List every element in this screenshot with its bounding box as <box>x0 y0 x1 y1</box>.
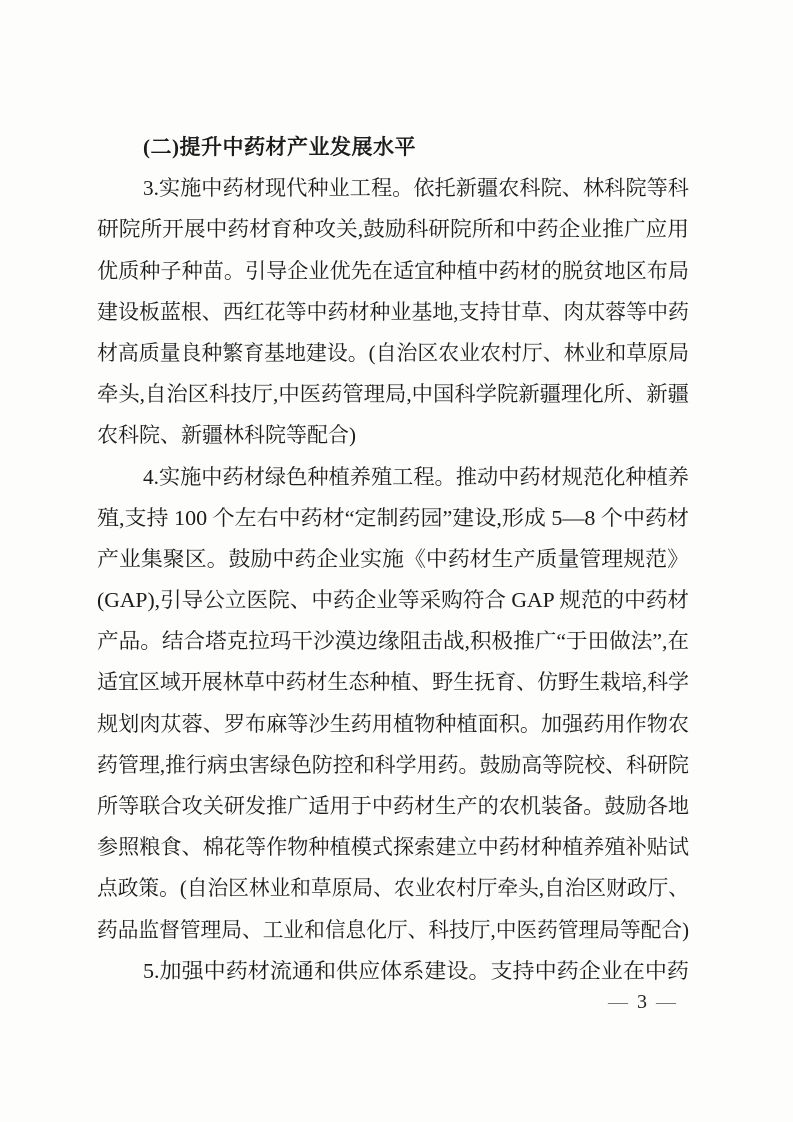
page-footer: —3— <box>599 991 685 1014</box>
body-line-text: (GAP),引导公立医院、中药企业等采购符合 GAP 规范的中药材 <box>97 580 689 621</box>
body-line: 研院所开展中药材育种攻关,鼓励科研院所和中药企业推广应用 <box>97 209 689 250</box>
document-page: (二)提升中药材产业发展水平 3.实施中药材现代种业工程。依托新疆农科院、林科院… <box>0 0 793 1122</box>
body-line-text: 4.实施中药材绿色种植养殖工程。推动中药材规范化种植养 <box>143 457 689 498</box>
body-line-text: 殖,支持 100 个左右中药材“定制药园”建设,形成 5—8 个中药材 <box>97 498 689 539</box>
item-3-modern-seed-project: 3.实施中药材现代种业工程。依托新疆农科院、林科院等科研院所开展中药材育种攻关,… <box>97 168 689 456</box>
body-line-text: 牵头,自治区科技厅,中医药管理局,中国科学院新疆理化所、新疆 <box>97 374 689 415</box>
body-line: 3.实施中药材现代种业工程。依托新疆农科院、林科院等科 <box>97 168 689 209</box>
footer-dash-left: — <box>608 991 628 1013</box>
body-line-text: 建设板蓝根、西红花等中药材种业基地,支持甘草、肉苁蓉等中药 <box>97 292 689 333</box>
body-line-text: 所等联合攻关研发推广适用于中药材生产的农机装备。鼓励各地 <box>97 786 689 827</box>
body-line: 适宜区域开展林草中药材生态种植、野生抚育、仿野生栽培,科学 <box>97 662 689 703</box>
body-line: 产业集聚区。鼓励中药企业实施《中药材生产质量管理规范》 <box>97 539 689 580</box>
item-5-circulation-supply-system: 5.加强中药材流通和供应体系建设。支持中药企业在中药 <box>97 951 689 992</box>
page-body: (二)提升中药材产业发展水平 3.实施中药材现代种业工程。依托新疆农科院、林科院… <box>97 127 689 992</box>
body-line: 优质种子种苗。引导企业优先在适宜种植中药材的脱贫地区布局 <box>97 251 689 292</box>
body-line-text: 点政策。(自治区林业和草原局、农业农村厅牵头,自治区财政厅、 <box>97 868 689 909</box>
body-line: 药管理,推行病虫害绿色防控和科学用药。鼓励高等院校、科研院 <box>97 745 689 786</box>
body-line-text: 产业集聚区。鼓励中药企业实施《中药材生产质量管理规范》 <box>97 539 689 580</box>
body-line: 牵头,自治区科技厅,中医药管理局,中国科学院新疆理化所、新疆 <box>97 374 689 415</box>
footer-dash-right: — <box>656 991 676 1013</box>
body-line: 农科院、新疆林科院等配合) <box>97 415 689 456</box>
body-line-text: 材高质量良种繁育基地建设。(自治区农业农村厅、林业和草原局 <box>97 333 689 374</box>
section-heading: (二)提升中药材产业发展水平 <box>97 127 689 168</box>
body-line: 参照粮食、棉花等作物种植模式探索建立中药材种植养殖补贴试 <box>97 827 689 868</box>
body-line-text: 规划肉苁蓉、罗布麻等沙生药用植物种植面积。加强药用作物农 <box>97 704 689 745</box>
body-line: 4.实施中药材绿色种植养殖工程。推动中药材规范化种植养 <box>97 457 689 498</box>
body-line: 材高质量良种繁育基地建设。(自治区农业农村厅、林业和草原局 <box>97 333 689 374</box>
body-line: 产品。结合塔克拉玛干沙漠边缘阻击战,积极推广“于田做法”,在 <box>97 621 689 662</box>
body-line: 规划肉苁蓉、罗布麻等沙生药用植物种植面积。加强药用作物农 <box>97 704 689 745</box>
body-line: 5.加强中药材流通和供应体系建设。支持中药企业在中药 <box>97 951 689 992</box>
body-line: 建设板蓝根、西红花等中药材种业基地,支持甘草、肉苁蓉等中药 <box>97 292 689 333</box>
body-line-text: 适宜区域开展林草中药材生态种植、野生抚育、仿野生栽培,科学 <box>97 662 689 703</box>
page-number: 3 <box>637 991 647 1013</box>
item-4-green-planting-project: 4.实施中药材绿色种植养殖工程。推动中药材规范化种植养殖,支持 100 个左右中… <box>97 457 689 951</box>
paragraphs: 3.实施中药材现代种业工程。依托新疆农科院、林科院等科研院所开展中药材育种攻关,… <box>97 168 689 992</box>
body-line-text: 农科院、新疆林科院等配合) <box>97 415 356 456</box>
body-line-text: 3.实施中药材现代种业工程。依托新疆农科院、林科院等科 <box>143 168 689 209</box>
body-line: 药品监督管理局、工业和信息化厅、科技厅,中医药管理局等配合) <box>97 910 689 951</box>
body-line: 殖,支持 100 个左右中药材“定制药园”建设,形成 5—8 个中药材 <box>97 498 689 539</box>
body-line-text: 产品。结合塔克拉玛干沙漠边缘阻击战,积极推广“于田做法”,在 <box>97 621 689 662</box>
body-line: (GAP),引导公立医院、中药企业等采购符合 GAP 规范的中药材 <box>97 580 689 621</box>
body-line: 点政策。(自治区林业和草原局、农业农村厅牵头,自治区财政厅、 <box>97 868 689 909</box>
body-line-text: 药管理,推行病虫害绿色防控和科学用药。鼓励高等院校、科研院 <box>97 745 689 786</box>
body-line-text: 参照粮食、棉花等作物种植模式探索建立中药材种植养殖补贴试 <box>97 827 689 868</box>
body-line: 所等联合攻关研发推广适用于中药材生产的农机装备。鼓励各地 <box>97 786 689 827</box>
body-line-text: 研院所开展中药材育种攻关,鼓励科研院所和中药企业推广应用 <box>97 209 689 250</box>
body-line-text: 药品监督管理局、工业和信息化厅、科技厅,中医药管理局等配合) <box>97 910 689 951</box>
body-line-text: 5.加强中药材流通和供应体系建设。支持中药企业在中药 <box>143 951 689 992</box>
body-line-text: 优质种子种苗。引导企业优先在适宜种植中药材的脱贫地区布局 <box>97 251 689 292</box>
